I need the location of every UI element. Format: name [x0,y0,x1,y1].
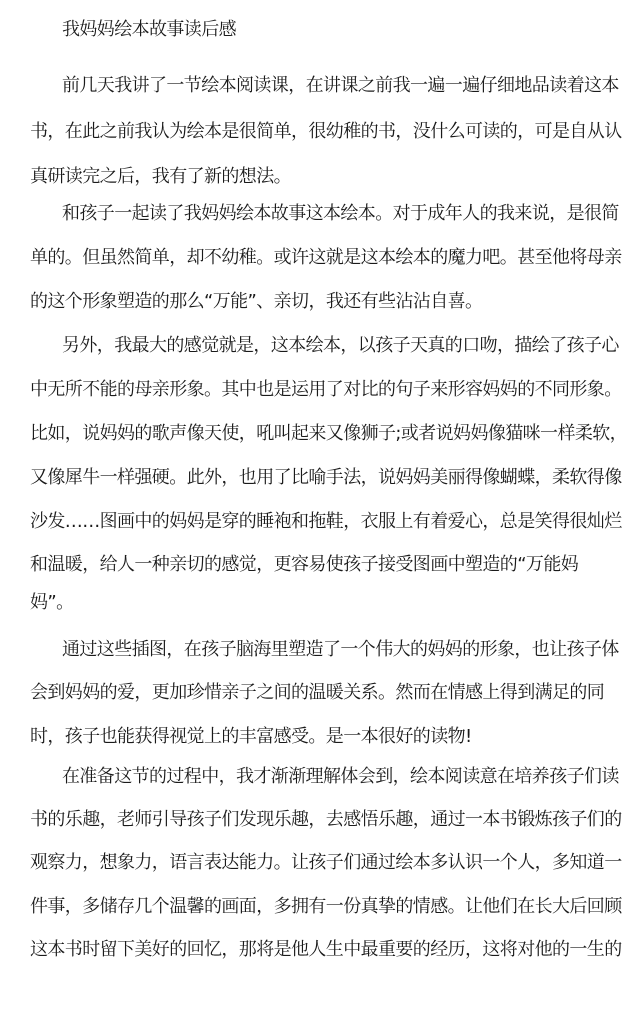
paragraph-line: 真研读完之后，我有了新的想法。 [30,165,614,189]
paragraph-line: 书，在此之前我认为绘本是很简单，很幼稚的书，没什么可读的，可是自从认 [30,120,614,144]
paragraph-line: 这本书时留下美好的回忆，那将是他人生中最重要的经历，这将对他的一生的 [30,938,614,962]
paragraph-line: 妈”。 [30,591,614,615]
paragraph-line: 比如，说妈妈的歌声像天使，吼叫起来又像狮子;或者说妈妈像猫咪一样柔软， [30,422,614,446]
paragraph-line: 又像犀牛一样强硬。此外，也用了比喻手法，说妈妈美丽得像蝴蝶，柔软得像 [30,466,614,490]
paragraph-line: 在准备这节的过程中，我才渐渐理解体会到，绘本阅读意在培养孩子们读 [62,765,614,789]
paragraph-line: 沙发……图画中的妈妈是穿的睡袍和拖鞋，衣服上有着爱心，总是笑得很灿烂 [30,510,614,534]
document-title: 我妈妈绘本故事读后感 [62,18,614,42]
paragraph-line: 会到妈妈的爱，更加珍惜亲子之间的温暖关系。然而在情感上得到满足的同 [30,681,614,705]
paragraph-line: 件事，多储存几个温馨的画面，多拥有一份真挚的情感。让他们在长大后回顾 [30,895,614,919]
paragraph-line: 单的。但虽然简单，却不幼稚。或许这就是这本绘本的魔力吧。甚至他将母亲 [30,246,614,270]
paragraph-line: 和温暖，给人一种亲切的感觉，更容易使孩子接受图画中塑造的“万能妈 [30,553,614,577]
document-page: 我妈妈绘本故事读后感 前几天我讲了一节绘本阅读课，在讲课之前我一遍一遍仔细地品读… [0,0,640,1012]
paragraph-line: 的这个形象塑造的那么“万能”、亲切，我还有些沾沾自喜。 [30,290,614,314]
paragraph-line: 前几天我讲了一节绘本阅读课，在讲课之前我一遍一遍仔细地品读着这本 [62,74,614,98]
paragraph-line: 书的乐趣，老师引导孩子们发现乐趣，去感悟乐趣，通过一本书锻炼孩子们的 [30,808,614,832]
paragraph-line: 通过这些插图，在孩子脑海里塑造了一个伟大的妈妈的形象，也让孩子体 [62,638,614,662]
paragraph-line: 时，孩子也能获得视觉上的丰富感受。是一本很好的读物! [30,725,614,749]
paragraph-line: 和孩子一起读了我妈妈绘本故事这本绘本。对于成年人的我来说，是很简 [62,202,614,226]
paragraph-line: 另外，我最大的感觉就是，这本绘本，以孩子天真的口吻，描绘了孩子心 [62,334,614,358]
paragraph-line: 观察力，想象力，语言表达能力。让孩子们通过绘本多认识一个人，多知道一 [30,851,614,875]
paragraph-line: 中无所不能的母亲形象。其中也是运用了对比的句子来形容妈妈的不同形象。 [30,378,614,402]
